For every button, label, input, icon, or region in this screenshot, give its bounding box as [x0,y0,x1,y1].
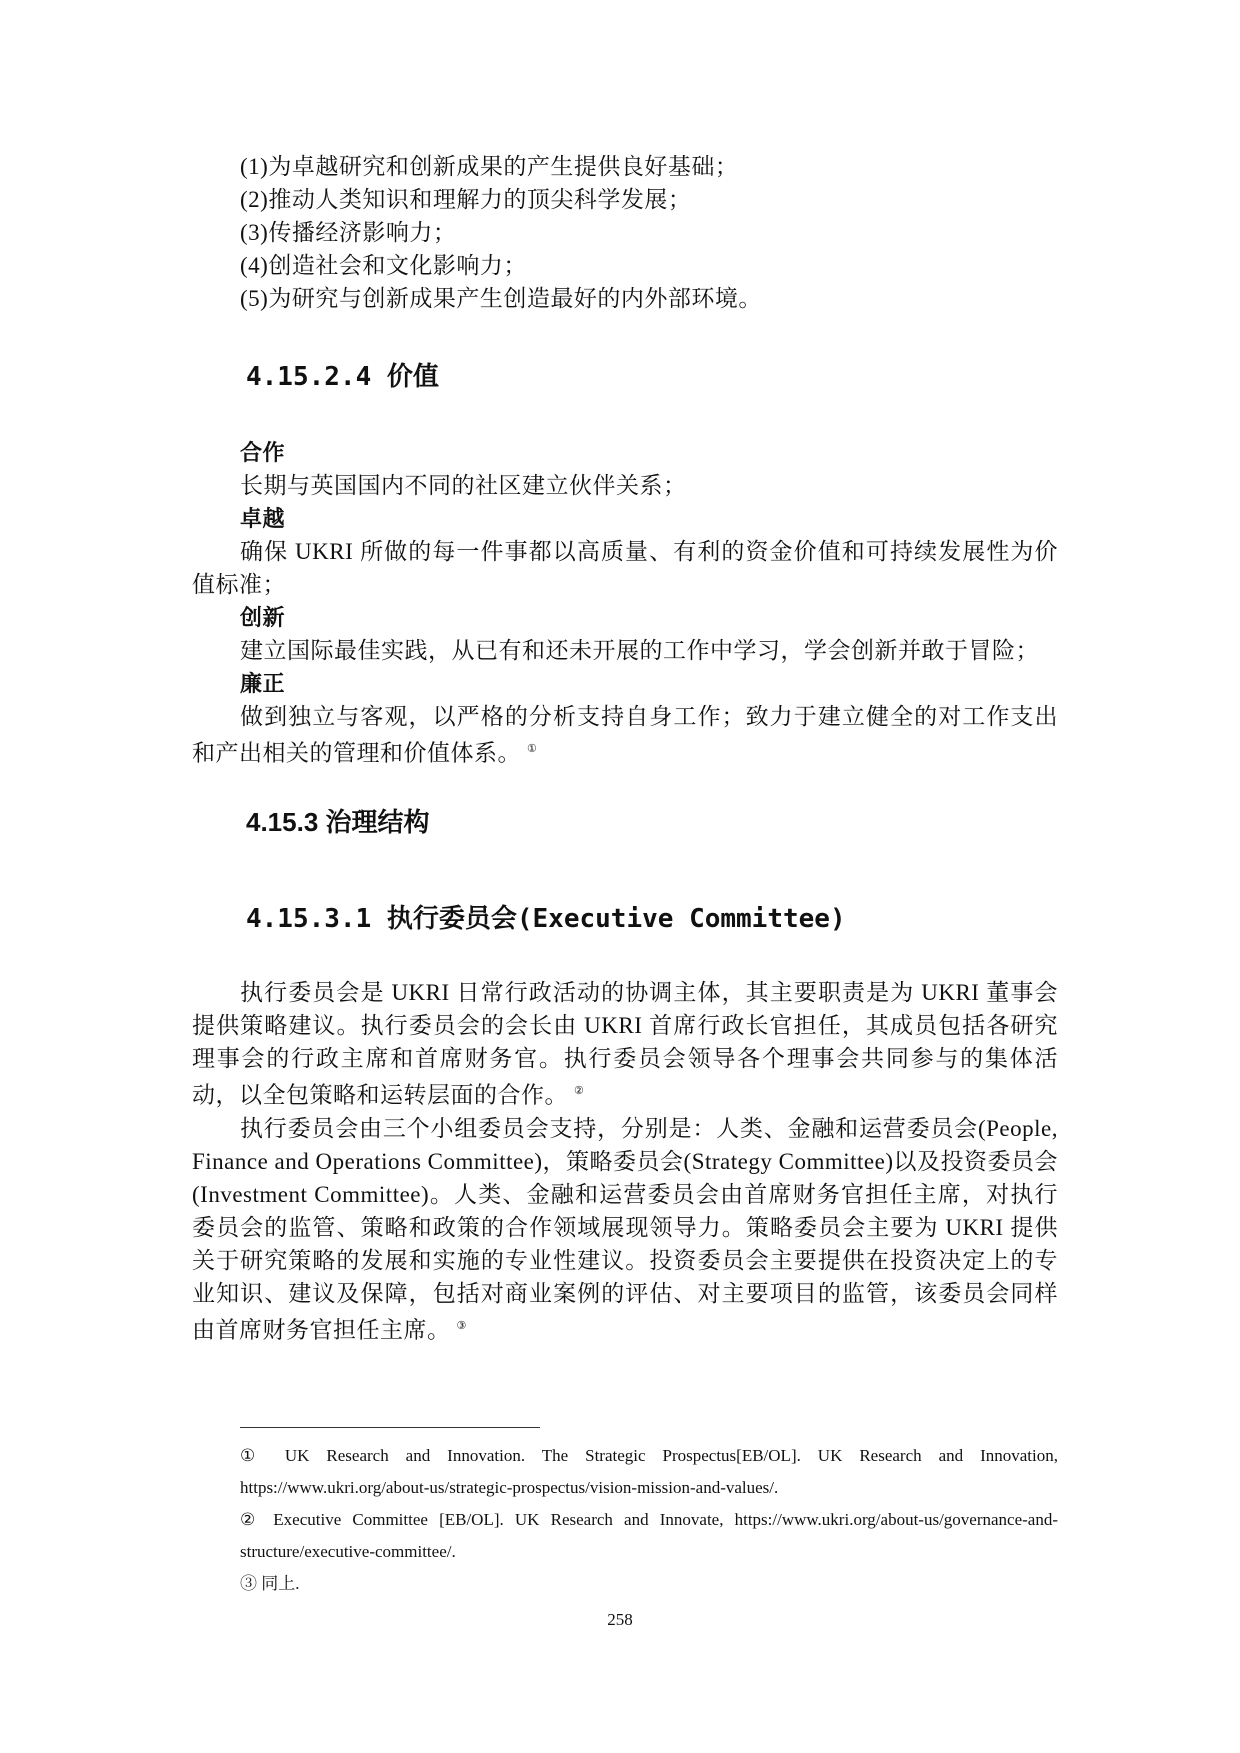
document-page: (1)为卓越研究和创新成果的产生提供良好基础； (2)推动人类知识和理解力的顶尖… [0,0,1240,1753]
footnote-ref[interactable]: ③ [457,1320,467,1332]
value-label: 合作 [192,436,1058,469]
exec-committee-body: 执行委员会是 UKRI 日常行政活动的协调主体，其主要职责是为 UKRI 董事会… [192,976,1058,1346]
section-heading-exec-committee: 4.15.3.1 执行委员会(Executive Committee) [246,898,846,935]
footnote: ③ 同上. [240,1568,1058,1600]
value-label: 廉正 [192,667,1058,700]
value-label: 卓越 [192,502,1058,535]
list-item: (2)推动人类知识和理解力的顶尖科学发展； [240,183,1060,216]
footnote: ① UK Research and Innovation. The Strate… [240,1440,1058,1504]
footnote: ② Executive Committee [EB/OL]. UK Resear… [240,1504,1058,1568]
values-block: 合作 长期与英国国内不同的社区建立伙伴关系； 卓越 确保 UKRI 所做的每一件… [192,436,1058,770]
list-item: (5)为研究与创新成果产生创造最好的内外部环境。 [240,282,1060,315]
value-text: 确保 UKRI 所做的每一件事都以高质量、有利的资金价值和可持续发展性为价值标准… [192,535,1058,601]
section-heading-governance: 4.15.3 治理结构 [246,802,430,839]
value-text-body: 做到独立与客观，以严格的分析支持自身工作；致力于建立健全的对工作支出和产出相关的… [192,704,1058,766]
page-number: 258 [0,1610,1240,1630]
goals-list: (1)为卓越研究和创新成果的产生提供良好基础； (2)推动人类知识和理解力的顶尖… [240,150,1060,315]
value-text: 长期与英国国内不同的社区建立伙伴关系； [192,469,1058,502]
paragraph: 执行委员会是 UKRI 日常行政活动的协调主体，其主要职责是为 UKRI 董事会… [192,976,1058,1112]
value-label: 创新 [192,601,1058,634]
paragraph-text: 执行委员会是 UKRI 日常行政活动的协调主体，其主要职责是为 UKRI 董事会… [192,980,1058,1108]
section-heading-values: 4.15.2.4 价值 [246,356,439,393]
list-item: (4)创造社会和文化影响力； [240,249,1060,282]
list-item: (3)传播经济影响力； [240,216,1060,249]
footnote-ref[interactable]: ② [574,1085,584,1097]
footnote-ref[interactable]: ① [527,743,537,755]
list-item: (1)为卓越研究和创新成果的产生提供良好基础； [240,150,1060,183]
value-text: 做到独立与客观，以严格的分析支持自身工作；致力于建立健全的对工作支出和产出相关的… [192,700,1058,770]
value-text: 建立国际最佳实践，从已有和还未开展的工作中学习，学会创新并敢于冒险； [192,634,1058,667]
footnote-divider [240,1427,540,1428]
paragraph: 执行委员会由三个小组委员会支持，分别是：人类、金融和运营委员会(People, … [192,1112,1058,1347]
paragraph-text: 执行委员会由三个小组委员会支持，分别是：人类、金融和运营委员会(People, … [192,1116,1058,1343]
